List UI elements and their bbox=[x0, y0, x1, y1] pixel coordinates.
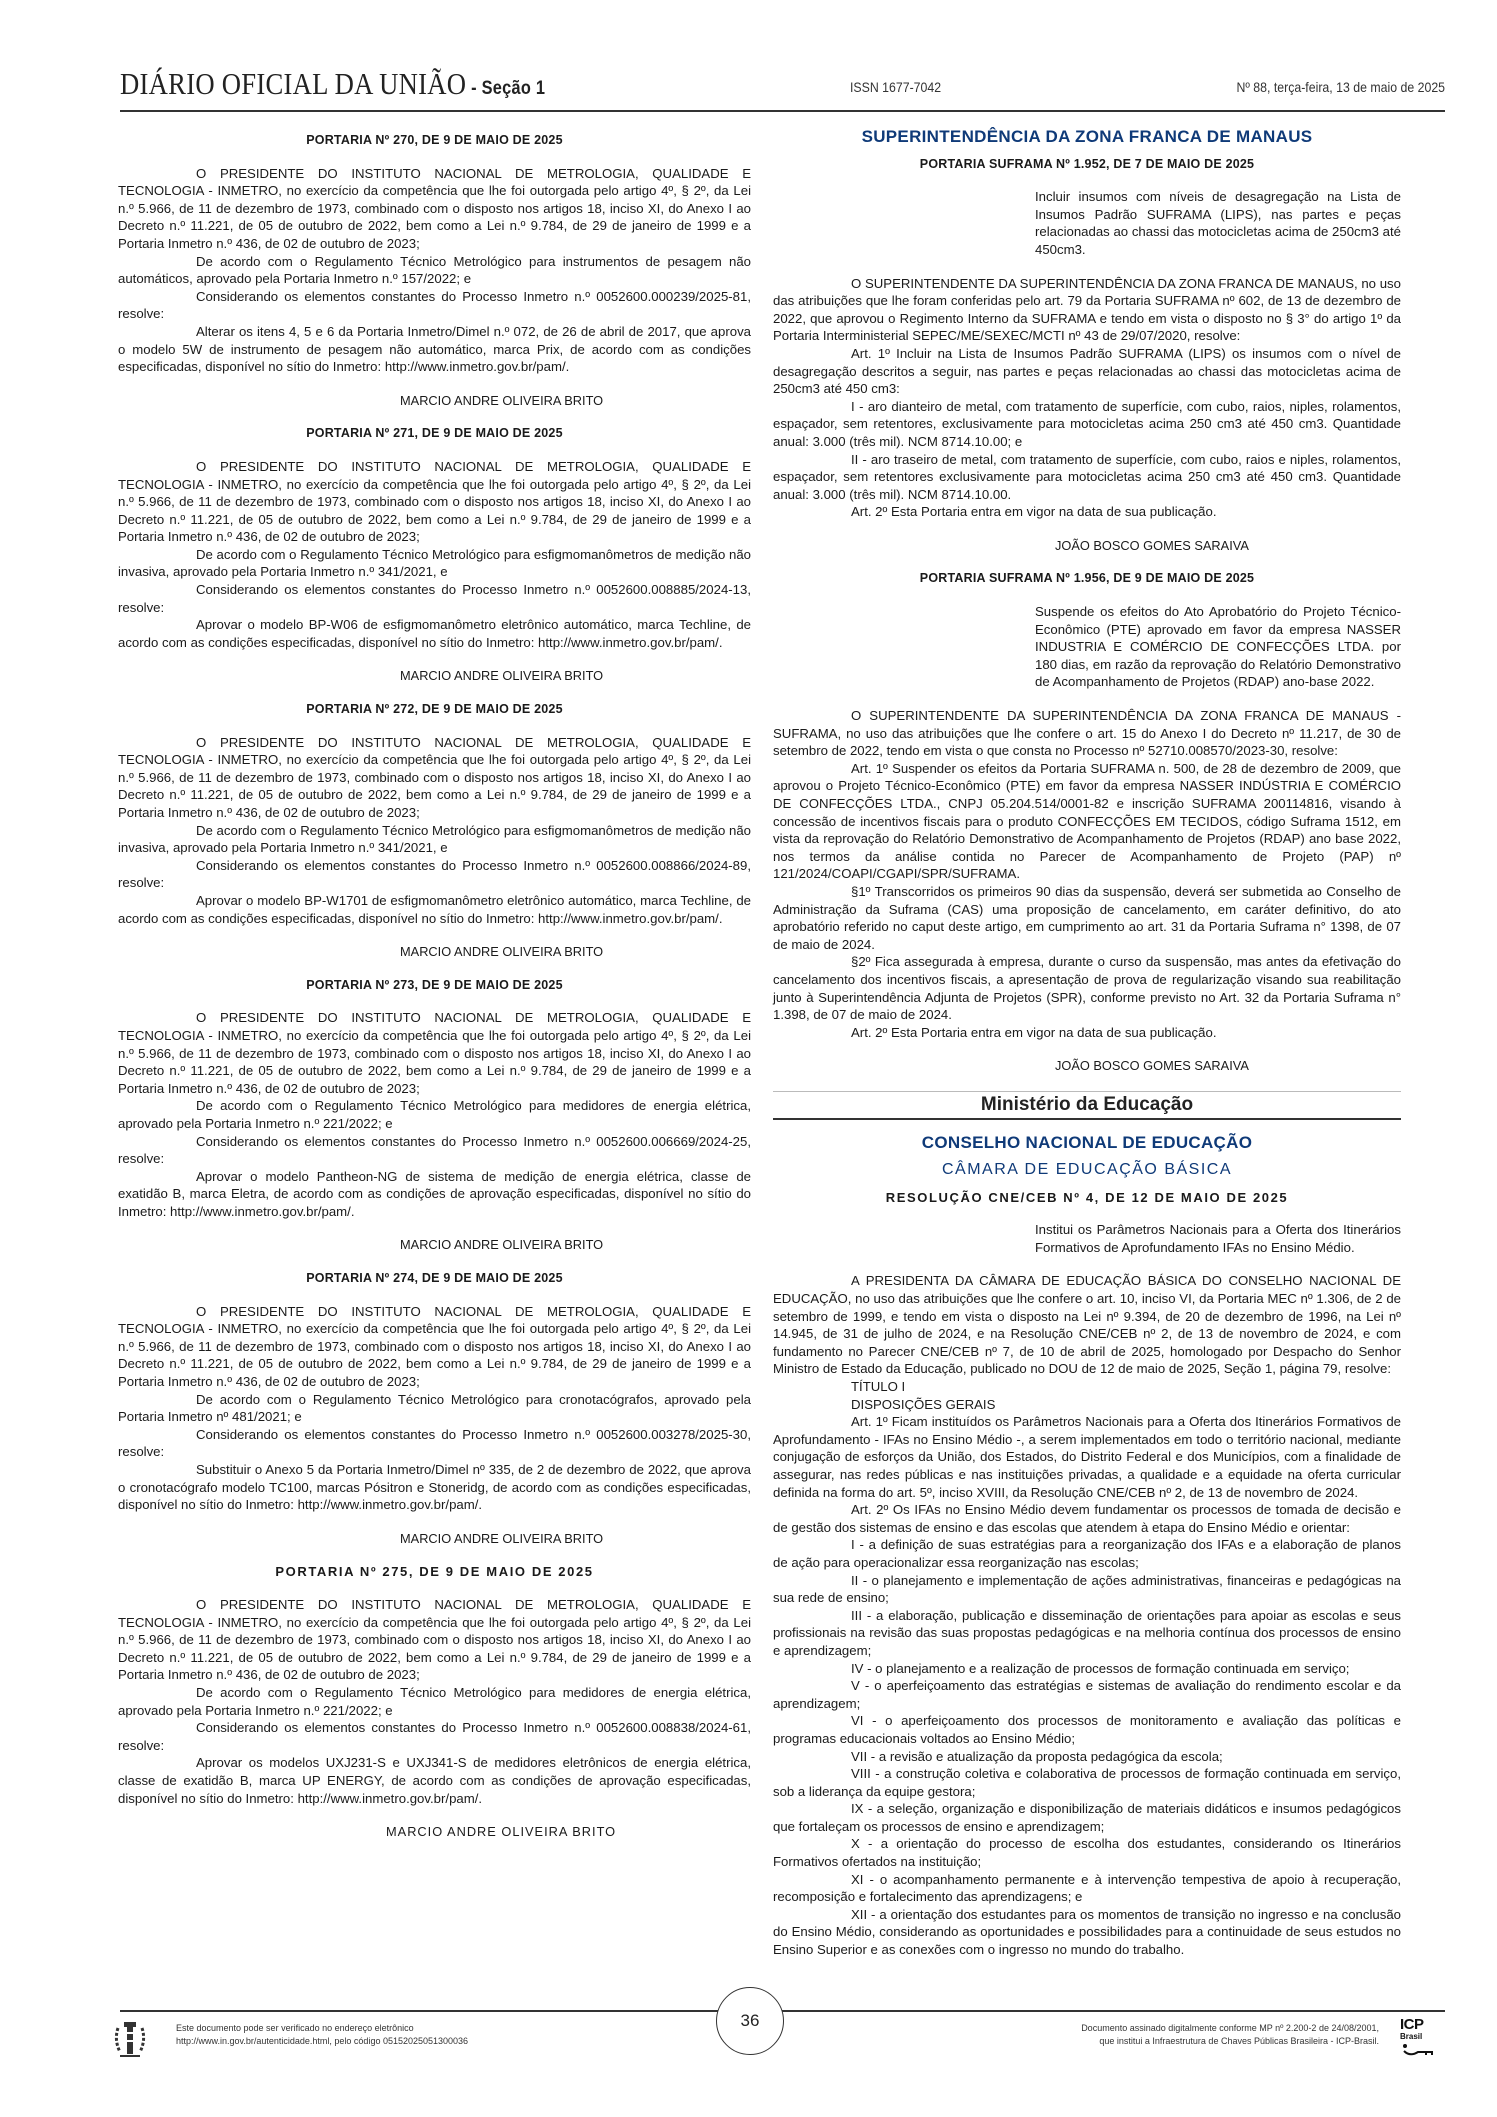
right-column: SUPERINTENDÊNCIA DA ZONA FRANCA DE MANAU… bbox=[773, 128, 1401, 1959]
masthead-title: DIÁRIO OFICIAL DA UNIÃO bbox=[120, 66, 466, 101]
signature-line-1: Documento assinado digitalmente conforme… bbox=[1081, 2022, 1379, 2035]
ementa: Institui os Parâmetros Nacionais para a … bbox=[1035, 1221, 1401, 1256]
act-suframa-1956: PORTARIA SUFRAMA Nº 1.956, DE 9 DE MAIO … bbox=[773, 570, 1401, 1074]
item: XII - a orientação dos estudantes para o… bbox=[773, 1906, 1401, 1959]
org-heading: SUPERINTENDÊNCIA DA ZONA FRANCA DE MANAU… bbox=[773, 128, 1401, 146]
item: VIII - a construção coletiva e colaborat… bbox=[773, 1765, 1401, 1800]
digital-signature-note: Documento assinado digitalmente conforme… bbox=[1081, 2022, 1379, 2048]
paragraph: Art. 2º Esta Portaria entra em vigor na … bbox=[773, 1024, 1401, 1042]
item: II - o planejamento e implementação de a… bbox=[773, 1572, 1401, 1607]
paragraph: O PRESIDENTE DO INSTITUTO NACIONAL DE ME… bbox=[118, 1596, 751, 1684]
ministry-heading: Ministério da Educação bbox=[773, 1096, 1401, 1114]
signature: MARCIO ANDRE OLIVEIRA BRITO bbox=[118, 1530, 751, 1548]
act-portaria-272: PORTARIA Nº 272, DE 9 DE MAIO DE 2025 O … bbox=[118, 701, 751, 961]
article-2: Art. 2º Os IFAs no Ensino Médio devem fu… bbox=[773, 1501, 1401, 1536]
signature: MARCIO ANDRE OLIVEIRA BRITO bbox=[118, 1236, 751, 1254]
signature-line-2: que institui a Infraestrutura de Chaves … bbox=[1081, 2035, 1379, 2048]
ementa: Suspende os efeitos do Ato Aprobatório d… bbox=[1035, 603, 1401, 691]
paragraph: Aprovar os modelos UXJ231-S e UXJ341-S d… bbox=[118, 1754, 751, 1807]
act-portaria-274: PORTARIA Nº 274, DE 9 DE MAIO DE 2025 O … bbox=[118, 1270, 751, 1547]
paragraph: Considerando os elementos constantes do … bbox=[118, 581, 751, 616]
act-portaria-270: PORTARIA Nº 270, DE 9 DE MAIO DE 2025 O … bbox=[118, 132, 751, 409]
paragraph: De acordo com o Regulamento Técnico Metr… bbox=[118, 1684, 751, 1719]
left-column: PORTARIA Nº 270, DE 9 DE MAIO DE 2025 O … bbox=[118, 128, 751, 1857]
paragraph: §1º Transcorridos os primeiros 90 dias d… bbox=[773, 883, 1401, 953]
act-suframa-1952: PORTARIA SUFRAMA Nº 1.952, DE 7 DE MAIO … bbox=[773, 156, 1401, 555]
icp-logo-subtext: Brasil bbox=[1400, 2032, 1440, 2041]
act-title: RESOLUÇÃO CNE/CEB Nº 4, DE 12 DE MAIO DE… bbox=[773, 1189, 1401, 1207]
suframa-section: SUPERINTENDÊNCIA DA ZONA FRANCA DE MANAU… bbox=[773, 128, 1401, 1075]
paragraph: De acordo com o Regulamento Técnico Metr… bbox=[118, 546, 751, 581]
act-title: PORTARIA Nº 272, DE 9 DE MAIO DE 2025 bbox=[118, 701, 751, 719]
paragraph: I - aro dianteiro de metal, com tratamen… bbox=[773, 398, 1401, 451]
paragraph: Alterar os itens 4, 5 e 6 da Portaria In… bbox=[118, 323, 751, 376]
icp-logo-text: ICP bbox=[1400, 2018, 1440, 2032]
paragraph: O SUPERINTENDENTE DA SUPERINTENDÊNCIA DA… bbox=[773, 707, 1401, 760]
ministry-banner: Ministério da Educação bbox=[773, 1091, 1401, 1120]
act-title: PORTARIA Nº 271, DE 9 DE MAIO DE 2025 bbox=[118, 425, 751, 443]
issn: ISSN 1677-7042 bbox=[850, 79, 941, 95]
issue-date: Nº 88, terça-feira, 13 de maio de 2025 bbox=[1236, 79, 1445, 95]
chamber-heading: CÂMARA DE EDUCAÇÃO BÁSICA bbox=[773, 1161, 1401, 1179]
item: V - o aperfeiçoamento das estratégias e … bbox=[773, 1677, 1401, 1712]
paragraph: Art. 1º Suspender os efeitos da Portaria… bbox=[773, 760, 1401, 883]
council-heading: CONSELHO NACIONAL DE EDUCAÇÃO bbox=[773, 1134, 1401, 1152]
signature: MARCIO ANDRE OLIVEIRA BRITO bbox=[118, 392, 751, 410]
paragraph: De acordo com o Regulamento Técnico Metr… bbox=[118, 253, 751, 288]
verification-note: Este documento pode ser verificado no en… bbox=[176, 2022, 468, 2048]
paragraph: O PRESIDENTE DO INSTITUTO NACIONAL DE ME… bbox=[118, 165, 751, 253]
paragraph: O PRESIDENTE DO INSTITUTO NACIONAL DE ME… bbox=[118, 458, 751, 546]
signature: MARCIO ANDRE OLIVEIRA BRITO bbox=[118, 1823, 751, 1841]
item: XI - o acompanhamento permanente e à int… bbox=[773, 1871, 1401, 1906]
education-section: Ministério da Educação CONSELHO NACIONAL… bbox=[773, 1091, 1401, 1959]
item: X - a orientação do processo de escolha … bbox=[773, 1835, 1401, 1870]
paragraph: II - aro traseiro de metal, com tratamen… bbox=[773, 451, 1401, 504]
verification-line-2: http://www.in.gov.br/autenticidade.html,… bbox=[176, 2035, 468, 2048]
signature: MARCIO ANDRE OLIVEIRA BRITO bbox=[118, 943, 751, 961]
act-portaria-275: PORTARIA Nº 275, DE 9 DE MAIO DE 2025 O … bbox=[118, 1563, 751, 1840]
act-title: PORTARIA SUFRAMA Nº 1.952, DE 7 DE MAIO … bbox=[773, 156, 1401, 174]
page-number: 36 bbox=[716, 1987, 784, 2055]
item: VI - o aperfeiçoamento dos processos de … bbox=[773, 1712, 1401, 1747]
title-heading: TÍTULO I bbox=[773, 1378, 1401, 1396]
act-portaria-271: PORTARIA Nº 271, DE 9 DE MAIO DE 2025 O … bbox=[118, 425, 751, 685]
page-header: DIÁRIO OFICIAL DA UNIÃO - Seção 1 ISSN 1… bbox=[120, 66, 1445, 112]
paragraph: O PRESIDENTE DO INSTITUTO NACIONAL DE ME… bbox=[118, 1303, 751, 1391]
act-title: PORTARIA SUFRAMA Nº 1.956, DE 9 DE MAIO … bbox=[773, 570, 1401, 588]
item: IX - a seleção, organização e disponibil… bbox=[773, 1800, 1401, 1835]
paragraph: O PRESIDENTE DO INSTITUTO NACIONAL DE ME… bbox=[118, 734, 751, 822]
act-title: PORTARIA Nº 275, DE 9 DE MAIO DE 2025 bbox=[118, 1563, 751, 1581]
paragraph: §2º Fica assegurada à empresa, durante o… bbox=[773, 953, 1401, 1023]
verification-line-1: Este documento pode ser verificado no en… bbox=[176, 2022, 468, 2035]
act-title: PORTARIA Nº 273, DE 9 DE MAIO DE 2025 bbox=[118, 977, 751, 995]
header-divider bbox=[120, 110, 1445, 112]
paragraph: Substituir o Anexo 5 da Portaria Inmetro… bbox=[118, 1461, 751, 1514]
ementa: Incluir insumos com níveis de desagregaç… bbox=[1035, 188, 1401, 258]
signature: MARCIO ANDRE OLIVEIRA BRITO bbox=[118, 667, 751, 685]
paragraph: O PRESIDENTE DO INSTITUTO NACIONAL DE ME… bbox=[118, 1009, 751, 1097]
signature: JOÃO BOSCO GOMES SARAIVA bbox=[773, 537, 1401, 555]
paragraph: Art. 2º Esta Portaria entra em vigor na … bbox=[773, 503, 1401, 521]
paragraph: Considerando os elementos constantes do … bbox=[118, 288, 751, 323]
paragraph: Aprovar o modelo Pantheon-NG de sistema … bbox=[118, 1168, 751, 1221]
paragraph: Considerando os elementos constantes do … bbox=[118, 1719, 751, 1754]
act-portaria-273: PORTARIA Nº 273, DE 9 DE MAIO DE 2025 O … bbox=[118, 977, 751, 1254]
item: III - a elaboração, publicação e dissemi… bbox=[773, 1607, 1401, 1660]
paragraph: Considerando os elementos constantes do … bbox=[118, 1133, 751, 1168]
key-icon bbox=[1400, 2041, 1436, 2057]
republic-emblem-icon bbox=[110, 2018, 150, 2060]
paragraph: Considerando os elementos constantes do … bbox=[118, 857, 751, 892]
paragraph: De acordo com o Regulamento Técnico Metr… bbox=[118, 822, 751, 857]
paragraph: Art. 1º Incluir na Lista de Insumos Padr… bbox=[773, 345, 1401, 398]
paragraph: O SUPERINTENDENTE DA SUPERINTENDÊNCIA DA… bbox=[773, 275, 1401, 345]
paragraph: Considerando os elementos constantes do … bbox=[118, 1426, 751, 1461]
signature: JOÃO BOSCO GOMES SARAIVA bbox=[773, 1057, 1401, 1075]
paragraph: De acordo com o Regulamento Técnico Metr… bbox=[118, 1391, 751, 1426]
item: VII - a revisão e atualização da propost… bbox=[773, 1748, 1401, 1766]
article-1: Art. 1º Ficam instituídos os Parâmetros … bbox=[773, 1413, 1401, 1501]
paragraph: Aprovar o modelo BP-W1701 de esfigmomanô… bbox=[118, 892, 751, 927]
preamble: A PRESIDENTA DA CÂMARA DE EDUCAÇÃO BÁSIC… bbox=[773, 1272, 1401, 1378]
item: IV - o planejamento e a realização de pr… bbox=[773, 1660, 1401, 1678]
title-subheading: DISPOSIÇÕES GERAIS bbox=[773, 1396, 1401, 1414]
paragraph: Aprovar o modelo BP-W06 de esfigmomanôme… bbox=[118, 616, 751, 651]
section-label: - Seção 1 bbox=[466, 78, 545, 99]
act-title: PORTARIA Nº 270, DE 9 DE MAIO DE 2025 bbox=[118, 132, 751, 150]
icp-brasil-logo-icon: ICP Brasil bbox=[1400, 2018, 1440, 2062]
masthead: DIÁRIO OFICIAL DA UNIÃO - Seção 1 bbox=[120, 66, 545, 102]
act-title: PORTARIA Nº 274, DE 9 DE MAIO DE 2025 bbox=[118, 1270, 751, 1288]
paragraph: De acordo com o Regulamento Técnico Metr… bbox=[118, 1097, 751, 1132]
item: I - a definição de suas estratégias para… bbox=[773, 1536, 1401, 1571]
